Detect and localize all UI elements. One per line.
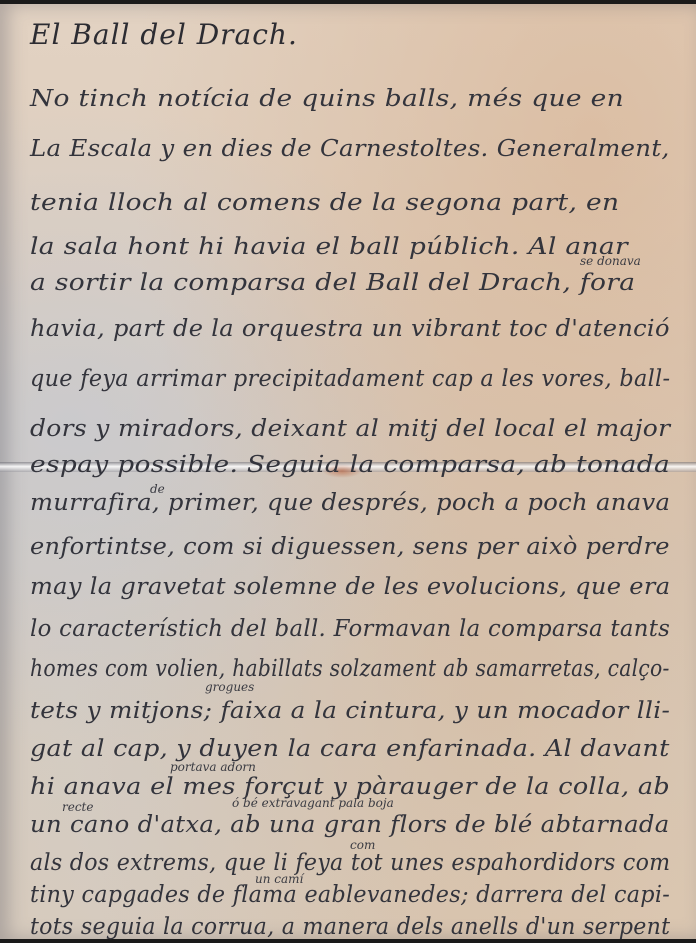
text-line-19: als dos extrems, que li feya tot unes es… (30, 850, 670, 876)
text-line-2: La Escala y en dies de Carnestoltes. Gen… (30, 136, 670, 162)
text-line-5: a sortir la comparsa del Ball del Drach,… (30, 270, 635, 296)
text-line-8: dors y miradors, deixant al mitj del loc… (30, 416, 670, 442)
text-line-20: tiny capgades de flama eablevanedes; dar… (30, 882, 670, 908)
text-line-9: espay possible. Seguia la comparsa, ab t… (30, 452, 670, 478)
interlinear-note-1: se donava (580, 254, 641, 268)
text-line-21: tots seguia la corrua, a manera dels ane… (30, 914, 670, 940)
text-line-3: tenia lloch al comens de la segona part,… (30, 190, 619, 216)
interlinear-note-6: ó bé extravagant pala boja (232, 796, 394, 810)
text-line-14: homes com volien, habillats solzament ab… (30, 656, 670, 682)
interlinear-note-3: grogues (205, 680, 254, 694)
text-line-6: havia, part de la orquestra un vibrant t… (30, 316, 670, 342)
text-line-15: tets y mitjons; faixa a la cintura, y un… (30, 698, 670, 724)
text-line-16: gat al cap, y duyen la cara enfarinada. … (30, 736, 670, 762)
text-line-12: may la gravetat solemne de les evolucion… (30, 574, 670, 600)
text-line-11: enfortintse, com si diguessen, sens per … (30, 534, 670, 560)
text-line-13: lo característich del ball. Formavan la … (30, 616, 670, 642)
text-line-10: murrafira, primer, que després, poch a p… (30, 490, 670, 516)
manuscript-page: El Ball del Drach. No tinch notícia de q… (0, 4, 696, 939)
manuscript-title: El Ball del Drach. (30, 18, 298, 51)
interlinear-note-4: portava adorn (170, 760, 256, 774)
text-line-4: la sala hont hi havia el ball públich. A… (30, 234, 628, 260)
text-line-1: No tinch notícia de quins balls, més que… (30, 86, 624, 112)
text-line-7: que feya arrimar precipitadament cap a l… (30, 366, 670, 392)
text-line-18: un cano d'atxa, ab una gran flors de blé… (30, 812, 670, 838)
